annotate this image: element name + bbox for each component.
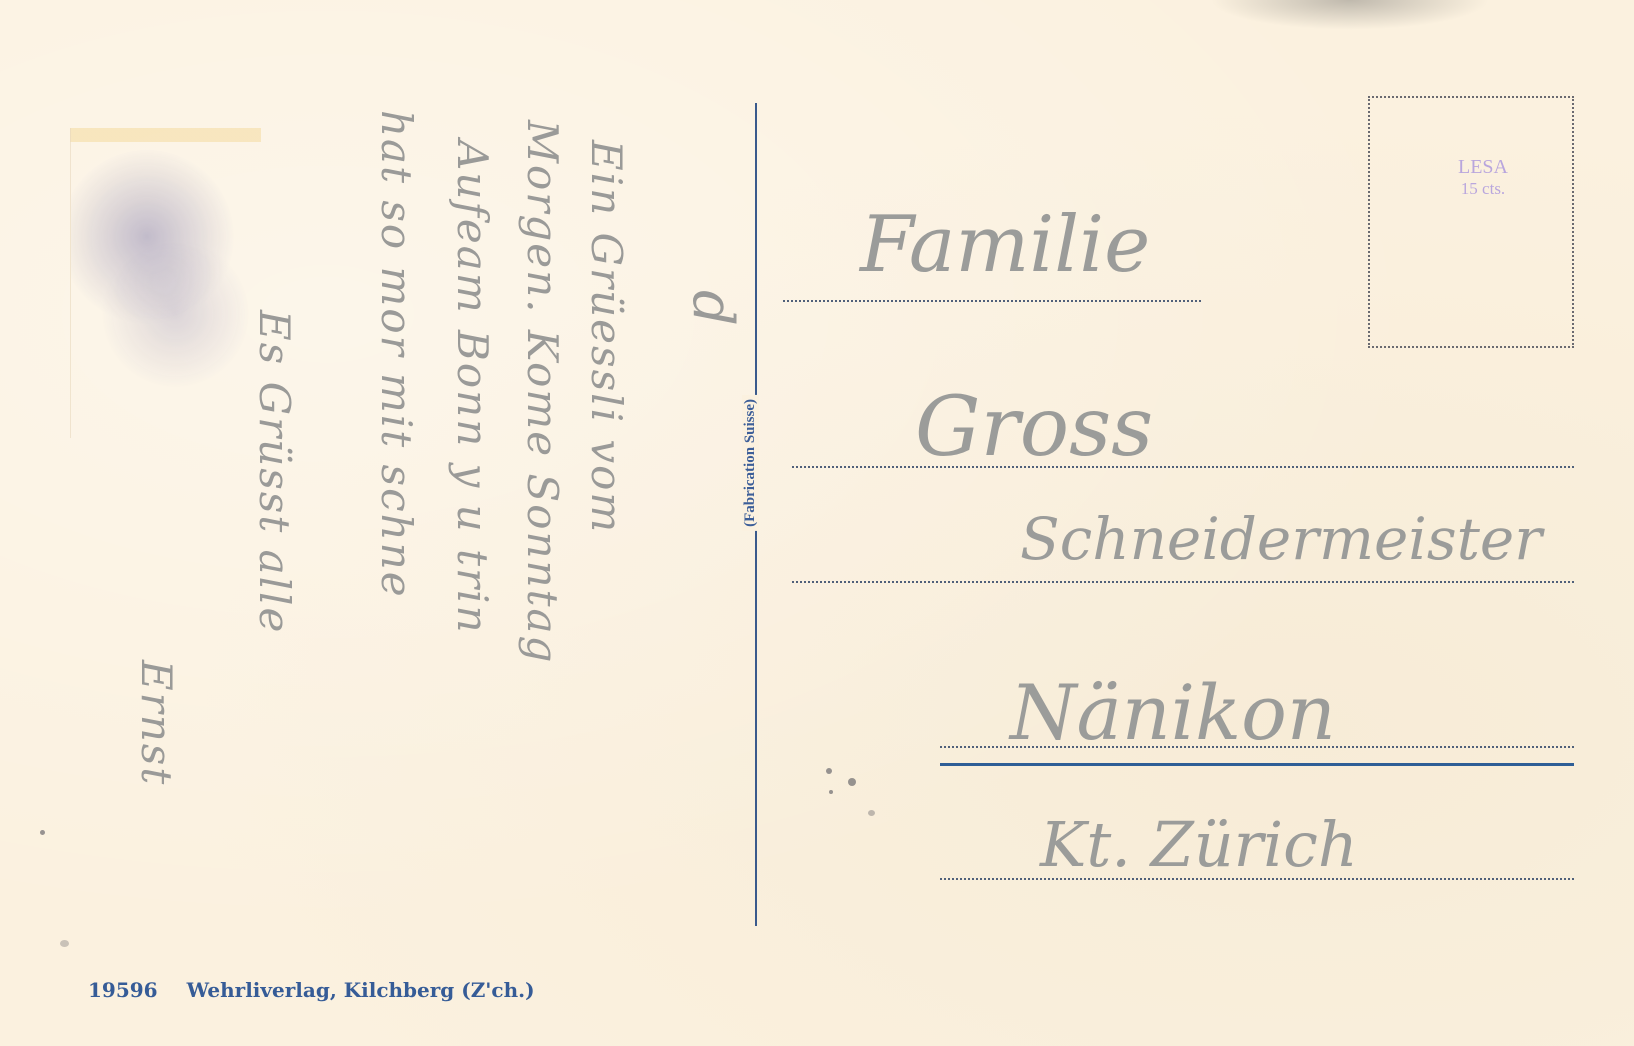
message-signature: Ernst [132,660,181,786]
address-underline [940,763,1574,766]
postmark-fragment [1210,0,1490,30]
address-town: Nänikon [1010,668,1336,757]
message-mark: d [680,290,745,328]
fabrication-suisse-label: (Fabrication Suisse) [742,395,759,531]
message-line-2: Morgen. Kome Sonntag [518,120,567,664]
message-line-1: Ein Grüessli vom [582,140,631,534]
address-line-3 [792,581,1574,583]
speck [829,790,833,794]
address-canton: Kt. Zürich [1040,808,1358,881]
speck [848,778,856,786]
card-number: 19596 [88,978,158,1002]
address-familie: Familie [860,200,1150,290]
address-gross: Gross [915,380,1153,475]
address-occupation: Schneidermeister [1020,505,1542,573]
message-line-5: Es Grüsst alle [250,310,299,634]
publisher-name: Wehrliverlag, Kilchberg (Z'ch.) [187,978,535,1002]
stamp-line-1: LESA [1458,156,1508,178]
publisher-imprint: 19596 Wehrliverlag, Kilchberg (Z'ch.) [88,978,535,1002]
message-line-4: hat so mor mit schne [372,110,421,599]
address-line-1 [783,300,1201,302]
stamp-line-2: 15 cts. [1458,178,1508,200]
speck [868,810,875,816]
message-line-3: Aufeam Bonn y u trin [448,140,497,635]
stamp-text: LESA 15 cts. [1458,156,1508,200]
speck [60,940,69,947]
address-line-2 [792,466,1574,468]
speck [826,768,832,774]
stamp-box: LESA 15 cts. [1368,96,1574,348]
stamp-residue [70,128,261,438]
speck [40,830,45,835]
